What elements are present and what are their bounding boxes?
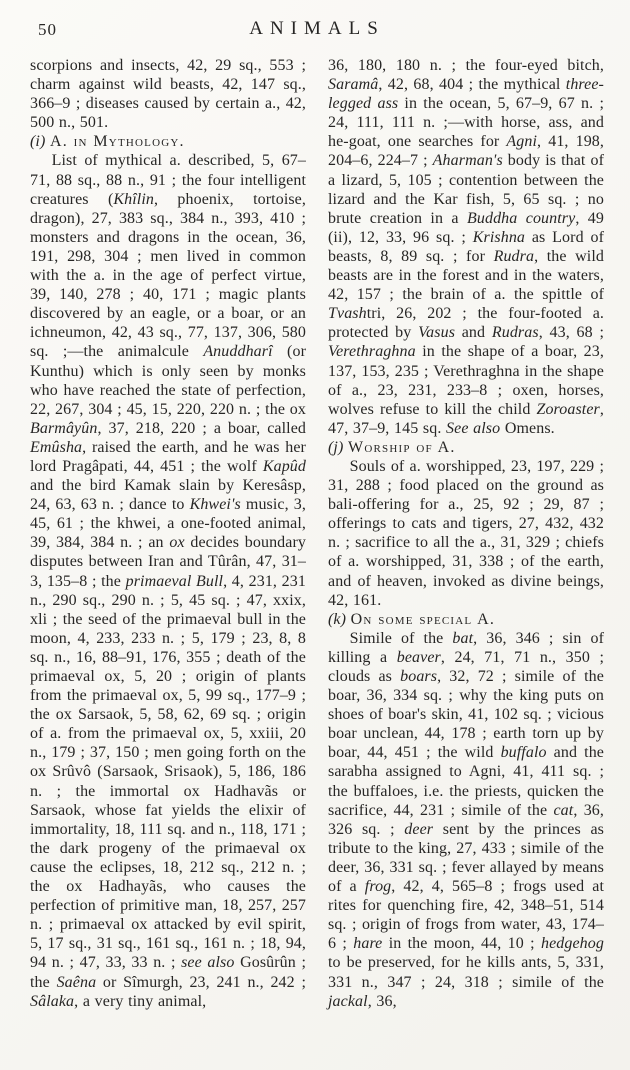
text-run: Omens.: [500, 420, 555, 437]
italic-term: (k): [328, 611, 351, 628]
italic-term: Agni: [506, 133, 537, 150]
italic-term: Barmâyûn: [30, 420, 97, 437]
italic-term: Buddha country: [467, 210, 575, 227]
text-run: , 43, 68 ;: [539, 324, 604, 341]
italic-term: cat: [553, 802, 573, 819]
text-columns: scorpions and insects, 42, 29 sq., 553 ;…: [30, 56, 604, 1011]
index-paragraph: List of mythical a. described, 5, 67–71,…: [30, 151, 306, 1010]
italic-term: hedgehog: [541, 935, 604, 952]
text-run: A. in Mythology.: [50, 133, 185, 150]
text-run: , 4, 231, 231 n., 290 sq., 290 n. ; 5, 4…: [30, 573, 306, 972]
italic-term: hare: [353, 935, 382, 952]
italic-term: Verethraghna: [328, 343, 416, 360]
text-run: On some special A.: [351, 611, 495, 628]
italic-term: boars: [400, 668, 437, 685]
italic-term: bat: [452, 630, 473, 647]
italic-term: (i): [30, 133, 50, 150]
text-run: Simile of the: [350, 630, 453, 647]
text-run: in the moon, 44, 10 ;: [382, 935, 541, 952]
text-run: , 42, 68, 404 ; the mythical: [378, 76, 565, 93]
italic-term: Tvash: [328, 305, 367, 322]
text-run: Worship of A.: [348, 439, 456, 456]
column-left: scorpions and insects, 42, 29 sq., 553 ;…: [30, 56, 306, 1011]
text-run: , 37, 218, 220 ; a boar, called: [97, 420, 306, 437]
italic-term: Aharman's: [433, 152, 503, 169]
text-run: , 36,: [368, 993, 397, 1010]
italic-term: deer: [404, 821, 433, 838]
section-heading: (j) Worship of A.: [328, 438, 604, 457]
italic-term: Anuddharî: [203, 343, 272, 360]
italic-term: Sâlaka: [30, 993, 74, 1010]
text-run: or Sîmurgh, 23, 241 n., 242 ;: [96, 974, 306, 991]
italic-term: ox: [169, 534, 184, 551]
italic-term: Vasus: [418, 324, 455, 341]
italic-term: frog: [365, 878, 391, 895]
text-run: , a very tiny animal,: [74, 993, 206, 1010]
italic-term: primaeval Bull: [126, 573, 223, 590]
book-page: 50 ANIMALS scorpions and insects, 42, 29…: [0, 0, 630, 1070]
italic-term: (j): [328, 439, 348, 456]
text-run: to be preserved, for he kills ants, 5, 3…: [328, 954, 604, 990]
section-heading: (k) On some special A.: [328, 610, 604, 629]
italic-term: Rudra: [494, 248, 535, 265]
text-run: Souls of a. worshipped, 23, 197, 229 ; 3…: [328, 458, 604, 609]
text-run: scorpions and insects, 42, 29 sq., 553 ;…: [30, 57, 306, 131]
italic-term: See also: [446, 420, 500, 437]
italic-term: Rudras: [492, 324, 539, 341]
index-paragraph: Souls of a. worshipped, 23, 197, 229 ; 3…: [328, 457, 604, 610]
italic-term: Saêna: [57, 974, 97, 991]
italic-term: Kapûd: [263, 458, 306, 475]
page-title: ANIMALS: [30, 18, 604, 40]
italic-term: Khîlin: [113, 191, 154, 208]
italic-term: buffalo: [501, 744, 547, 761]
italic-term: see also: [181, 954, 234, 971]
index-paragraph: 36, 180, 180 n. ; the four-eyed bitch, S…: [328, 56, 604, 438]
index-paragraph: scorpions and insects, 42, 29 sq., 553 ;…: [30, 56, 306, 132]
text-run: 36, 180, 180 n. ; the four-eyed bitch,: [328, 57, 604, 74]
italic-term: Emûsha: [30, 439, 82, 456]
italic-term: Krishna: [473, 229, 525, 246]
italic-term: jackal: [328, 993, 368, 1010]
section-heading: (i) A. in Mythology.: [30, 132, 306, 151]
running-head: 50 ANIMALS: [30, 14, 604, 48]
index-paragraph: Simile of the bat, 36, 346 ; sin of kill…: [328, 629, 604, 1011]
italic-term: Saramâ: [328, 76, 378, 93]
italic-term: Zoroaster: [536, 401, 599, 418]
text-run: and: [455, 324, 492, 341]
column-right: 36, 180, 180 n. ; the four-eyed bitch, S…: [328, 56, 604, 1011]
italic-term: Khwei's: [190, 496, 241, 513]
italic-term: beaver: [397, 649, 441, 666]
text-run: , phoenix, tortoise, dragon), 27, 383 sq…: [30, 191, 306, 361]
